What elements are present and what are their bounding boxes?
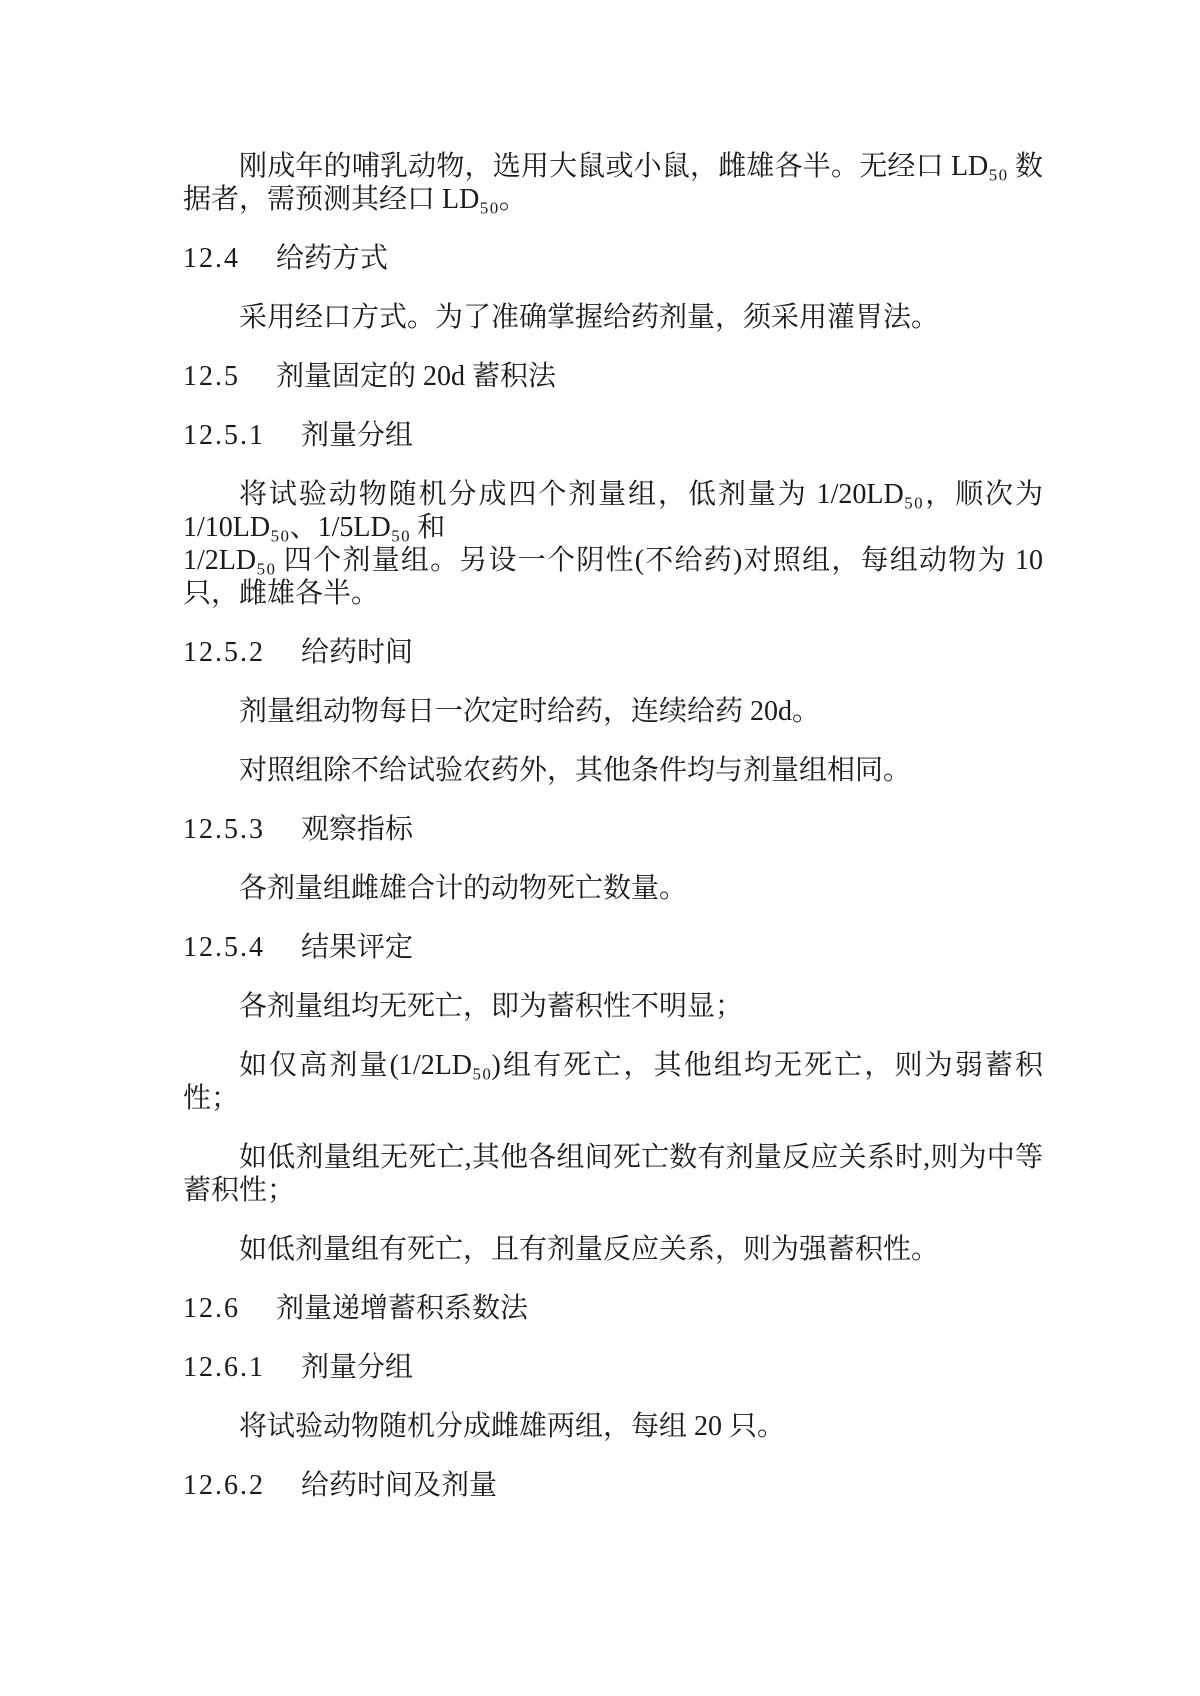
document-content: 刚成年的哺乳动物，选用大鼠或小鼠，雌雄各半。无经口 LD₅₀ 数据者，需预测其经… — [183, 150, 1043, 1502]
paragraph: 各剂量组均无死亡，即为蓄积性不明显； — [183, 990, 1043, 1023]
heading-title: 结果评定 — [301, 932, 413, 963]
section-heading-12-5-3: 12.5.3观察指标 — [183, 813, 1043, 846]
section-heading-12-6-1: 12.6.1剂量分组 — [183, 1351, 1043, 1384]
paragraph: 如低剂量组有死亡，且有剂量反应关系，则为强蓄积性。 — [183, 1233, 1043, 1266]
heading-title: 剂量分组 — [301, 1352, 413, 1383]
heading-number: 12.5.4 — [183, 931, 265, 964]
heading-number: 12.5.3 — [183, 813, 265, 846]
heading-title: 观察指标 — [301, 814, 413, 845]
heading-number: 12.6 — [183, 1292, 240, 1325]
section-heading-12-4: 12.4给药方式 — [183, 242, 1043, 275]
paragraph: 采用经口方式。为了准确掌握给药剂量，须采用灌胃法。 — [183, 301, 1043, 334]
paragraph-multiline: 将试验动物随机分成四个剂量组，低剂量为 1/20LD₅₀，顺次为 1/10LD₅… — [183, 478, 1043, 610]
heading-title: 给药时间 — [301, 637, 413, 668]
section-heading-12-5-1: 12.5.1剂量分组 — [183, 419, 1043, 452]
paragraph: 将试验动物随机分成雌雄两组，每组 20 只。 — [183, 1410, 1043, 1443]
paragraph: 对照组除不给试验农药外，其他条件均与剂量组相同。 — [183, 754, 1043, 787]
heading-title: 给药时间及剂量 — [301, 1470, 497, 1501]
heading-number: 12.4 — [183, 242, 240, 275]
section-heading-12-5-4: 12.5.4结果评定 — [183, 931, 1043, 964]
heading-number: 12.6.1 — [183, 1351, 265, 1384]
paragraph: 如低剂量组无死亡,其他各组间死亡数有剂量反应关系时,则为中等蓄积性； — [183, 1141, 1043, 1207]
heading-title: 剂量分组 — [301, 420, 413, 451]
document-page: 刚成年的哺乳动物，选用大鼠或小鼠，雌雄各半。无经口 LD₅₀ 数据者，需预测其经… — [0, 0, 1200, 1696]
heading-number: 12.6.2 — [183, 1469, 265, 1502]
paragraph-line: 将试验动物随机分成四个剂量组，低剂量为 1/20LD₅₀，顺次为 1/10LD₅… — [183, 478, 1043, 544]
paragraph: 刚成年的哺乳动物，选用大鼠或小鼠，雌雄各半。无经口 LD₅₀ 数据者，需预测其经… — [183, 150, 1043, 216]
heading-number: 12.5 — [183, 360, 240, 393]
section-heading-12-5: 12.5剂量固定的 20d 蓄积法 — [183, 360, 1043, 393]
paragraph: 如仅高剂量(1/2LD₅₀)组有死亡，其他组均无死亡，则为弱蓄积性； — [183, 1049, 1043, 1115]
section-heading-12-5-2: 12.5.2给药时间 — [183, 636, 1043, 669]
heading-number: 12.5.2 — [183, 636, 265, 669]
section-heading-12-6-2: 12.6.2给药时间及剂量 — [183, 1469, 1043, 1502]
section-heading-12-6: 12.6剂量递增蓄积系数法 — [183, 1292, 1043, 1325]
heading-title: 剂量递增蓄积系数法 — [276, 1293, 528, 1324]
heading-title: 剂量固定的 20d 蓄积法 — [276, 361, 556, 392]
paragraph-line: 1/2LD₅₀ 四个剂量组。另设一个阴性(不给药)对照组，每组动物为 10 只，… — [183, 544, 1043, 610]
heading-title: 给药方式 — [276, 243, 388, 274]
paragraph: 各剂量组雌雄合计的动物死亡数量。 — [183, 872, 1043, 905]
paragraph: 剂量组动物每日一次定时给药，连续给药 20d。 — [183, 695, 1043, 728]
heading-number: 12.5.1 — [183, 419, 265, 452]
